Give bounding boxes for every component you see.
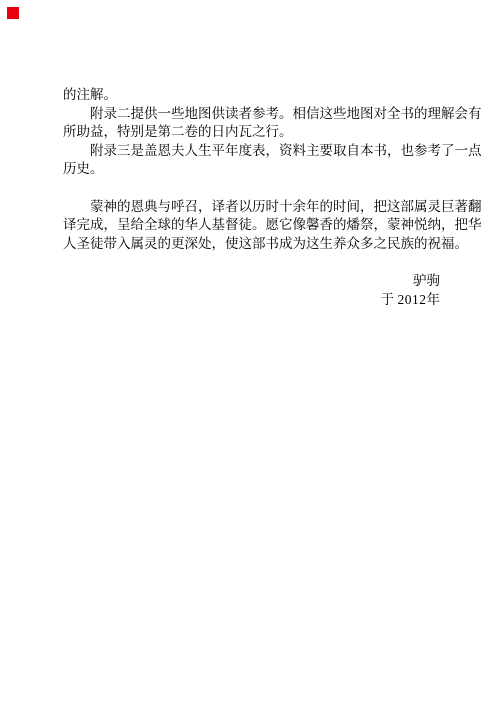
text-line: 附录三是盖恩夫人生平年度表，资料主要取自本书，也参考了一点	[63, 142, 440, 161]
signature-date-prefix: 于	[381, 292, 398, 307]
blank-line	[63, 179, 440, 198]
signature-date: 于 2012年	[63, 291, 440, 310]
preface-text-block: 的注解。 附录二提供一些地图供读者参考。相信这些地图对全书的理解会有 所助益，特…	[63, 86, 440, 309]
text-line: 译完成，呈给全球的华人基督徒。愿它像馨香的燔祭，蒙神悦纳，把华	[63, 216, 440, 235]
text-line: 附录二提供一些地图供读者参考。相信这些地图对全书的理解会有	[63, 105, 440, 124]
red-square-marker	[7, 7, 19, 19]
text-line: 的注解。	[63, 86, 440, 105]
signature-date-suffix: 年	[427, 292, 441, 307]
blank-line	[63, 253, 440, 272]
text-line: 蒙神的恩典与呼召，译者以历时十余年的时间，把这部属灵巨著翻	[63, 198, 440, 217]
text-line: 所助益，特别是第二卷的日内瓦之行。	[63, 123, 440, 142]
signature-name: 驴驹	[63, 272, 440, 291]
signature-year: 2012	[398, 292, 427, 307]
text-line: 历史。	[63, 160, 440, 179]
document-page: 的注解。 附录二提供一些地图供读者参考。相信这些地图对全书的理解会有 所助益，特…	[0, 0, 501, 711]
text-line: 人圣徒带入属灵的更深处，使这部书成为这生养众多之民族的祝福。	[63, 235, 440, 254]
